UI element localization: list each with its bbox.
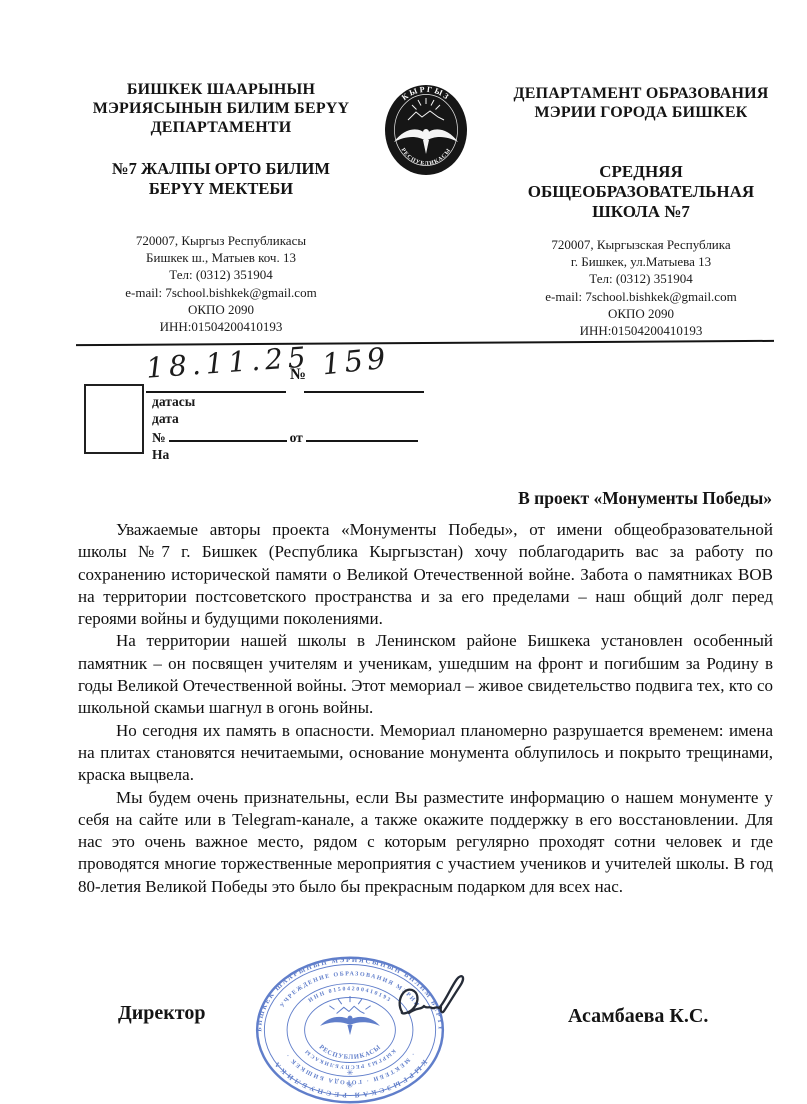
svg-text:✳: ✳ bbox=[347, 1080, 354, 1090]
contact-info-russian: 720007, Кыргызская Республика г. Бишкек,… bbox=[498, 236, 784, 339]
school-name-line: №7 ЖАЛПЫ ОРТО БИЛИМ bbox=[88, 159, 354, 179]
handwritten-number: 159 bbox=[320, 341, 391, 382]
number-underline bbox=[304, 391, 424, 393]
number-sign: № bbox=[290, 366, 306, 384]
blank-line bbox=[169, 427, 287, 442]
inn-line: ИНН:01504200410193 bbox=[88, 318, 354, 335]
blank-line bbox=[306, 427, 418, 442]
school-name-russian: СРЕДНЯЯ ОБЩЕОБРАЗОВАТЕЛЬНАЯ ШКОЛА №7 bbox=[498, 162, 784, 222]
paragraph: Уважаемые авторы проекта «Монументы Побе… bbox=[78, 519, 773, 630]
address-line: Бишкек ш., Матыев коч. 13 bbox=[88, 249, 354, 266]
paragraph: На территории нашей школы в Ленинском ра… bbox=[78, 630, 773, 719]
school-name-line: ШКОЛА №7 bbox=[498, 202, 784, 222]
school-name-kyrgyz: №7 ЖАЛПЫ ОРТО БИЛИМ БЕРҮҮ МЕКТЕБИ bbox=[88, 159, 354, 199]
kyrgyz-coat-of-arms-icon: КЫРГЫЗ РЕСПУБЛИКАСЫ bbox=[384, 84, 468, 176]
letter-body: Уважаемые авторы проекта «Монументы Побе… bbox=[78, 519, 773, 898]
email-line: e-mail: 7school.bishkek@gmail.com bbox=[88, 284, 354, 301]
stamp-center-eagle bbox=[320, 1016, 380, 1035]
label-data: дата bbox=[152, 411, 179, 427]
org-title-line: МЭРИИ ГОРОДА БИШКЕК bbox=[498, 103, 784, 122]
incoming-stamp-box bbox=[84, 384, 144, 454]
email-line: e-mail: 7school.bishkek@gmail.com bbox=[498, 288, 784, 305]
school-name-line: БЕРҮҮ МЕКТЕБИ bbox=[88, 179, 354, 199]
label-no: № bbox=[152, 430, 166, 445]
school-name-line: СРЕДНЯЯ bbox=[498, 162, 784, 182]
phone-line: Тел: (0312) 351904 bbox=[88, 266, 354, 283]
org-title-line: ДЕПАРТАМЕНТ ОБРАЗОВАНИЯ bbox=[498, 84, 784, 103]
org-title-line: БИШКЕК ШААРЫНЫН bbox=[88, 80, 354, 99]
org-title-kyrgyz: БИШКЕК ШААРЫНЫН МЭРИЯСЫНЫН БИЛИМ БЕРҮҮ Д… bbox=[88, 80, 354, 137]
label-ot: от bbox=[290, 430, 303, 445]
address-line: г. Бишкек, ул.Матыева 13 bbox=[498, 253, 784, 270]
label-na: На bbox=[152, 447, 169, 463]
letterhead-right-column: ДЕПАРТАМЕНТ ОБРАЗОВАНИЯ МЭРИИ ГОРОДА БИШ… bbox=[498, 84, 784, 339]
org-title-line: ДЕПАРТАМЕНТИ bbox=[88, 118, 354, 137]
letter-recipient-title: В проект «Монументы Победы» bbox=[78, 488, 772, 509]
svg-text:✳: ✳ bbox=[347, 1067, 354, 1077]
contact-info-kyrgyz: 720007, Кыргыз Республикасы Бишкек ш., М… bbox=[88, 232, 354, 335]
paragraph: Но сегодня их память в опасности. Мемори… bbox=[78, 720, 773, 787]
okpo-line: ОКПО 2090 bbox=[88, 301, 354, 318]
director-signature bbox=[388, 972, 484, 1030]
inn-line: ИНН:01504200410193 bbox=[498, 322, 784, 339]
phone-line: Тел: (0312) 351904 bbox=[498, 270, 784, 287]
org-title-russian: ДЕПАРТАМЕНТ ОБРАЗОВАНИЯ МЭРИИ ГОРОДА БИШ… bbox=[498, 84, 784, 122]
school-name-line: ОБЩЕОБРАЗОВАТЕЛЬНАЯ bbox=[498, 182, 784, 202]
label-datasy: датасы bbox=[152, 394, 195, 410]
letterhead-divider bbox=[76, 340, 774, 346]
handwritten-date: 18.11.25 bbox=[145, 340, 312, 384]
okpo-line: ОКПО 2090 bbox=[498, 305, 784, 322]
scanned-letter-page: БИШКЕК ШААРЫНЫН МЭРИЯСЫНЫН БИЛИМ БЕРҮҮ Д… bbox=[0, 0, 807, 1104]
address-line: 720007, Кыргыз Республикасы bbox=[88, 232, 354, 249]
letterhead-left-column: БИШКЕК ШААРЫНЫН МЭРИЯСЫНЫН БИЛИМ БЕРҮҮ Д… bbox=[88, 80, 354, 335]
number-from-row: №от bbox=[152, 427, 421, 446]
signer-name: Асамбаева К.С. bbox=[568, 1005, 708, 1028]
date-underline bbox=[146, 391, 286, 393]
paragraph: Мы будем очень признательны, если Вы раз… bbox=[78, 787, 773, 898]
signer-role: Директор bbox=[118, 1002, 206, 1025]
org-title-line: МЭРИЯСЫНЫН БИЛИМ БЕРҮҮ bbox=[88, 99, 354, 118]
stamp-center-emblem bbox=[329, 996, 370, 1014]
address-line: 720007, Кыргызская Республика bbox=[498, 236, 784, 253]
